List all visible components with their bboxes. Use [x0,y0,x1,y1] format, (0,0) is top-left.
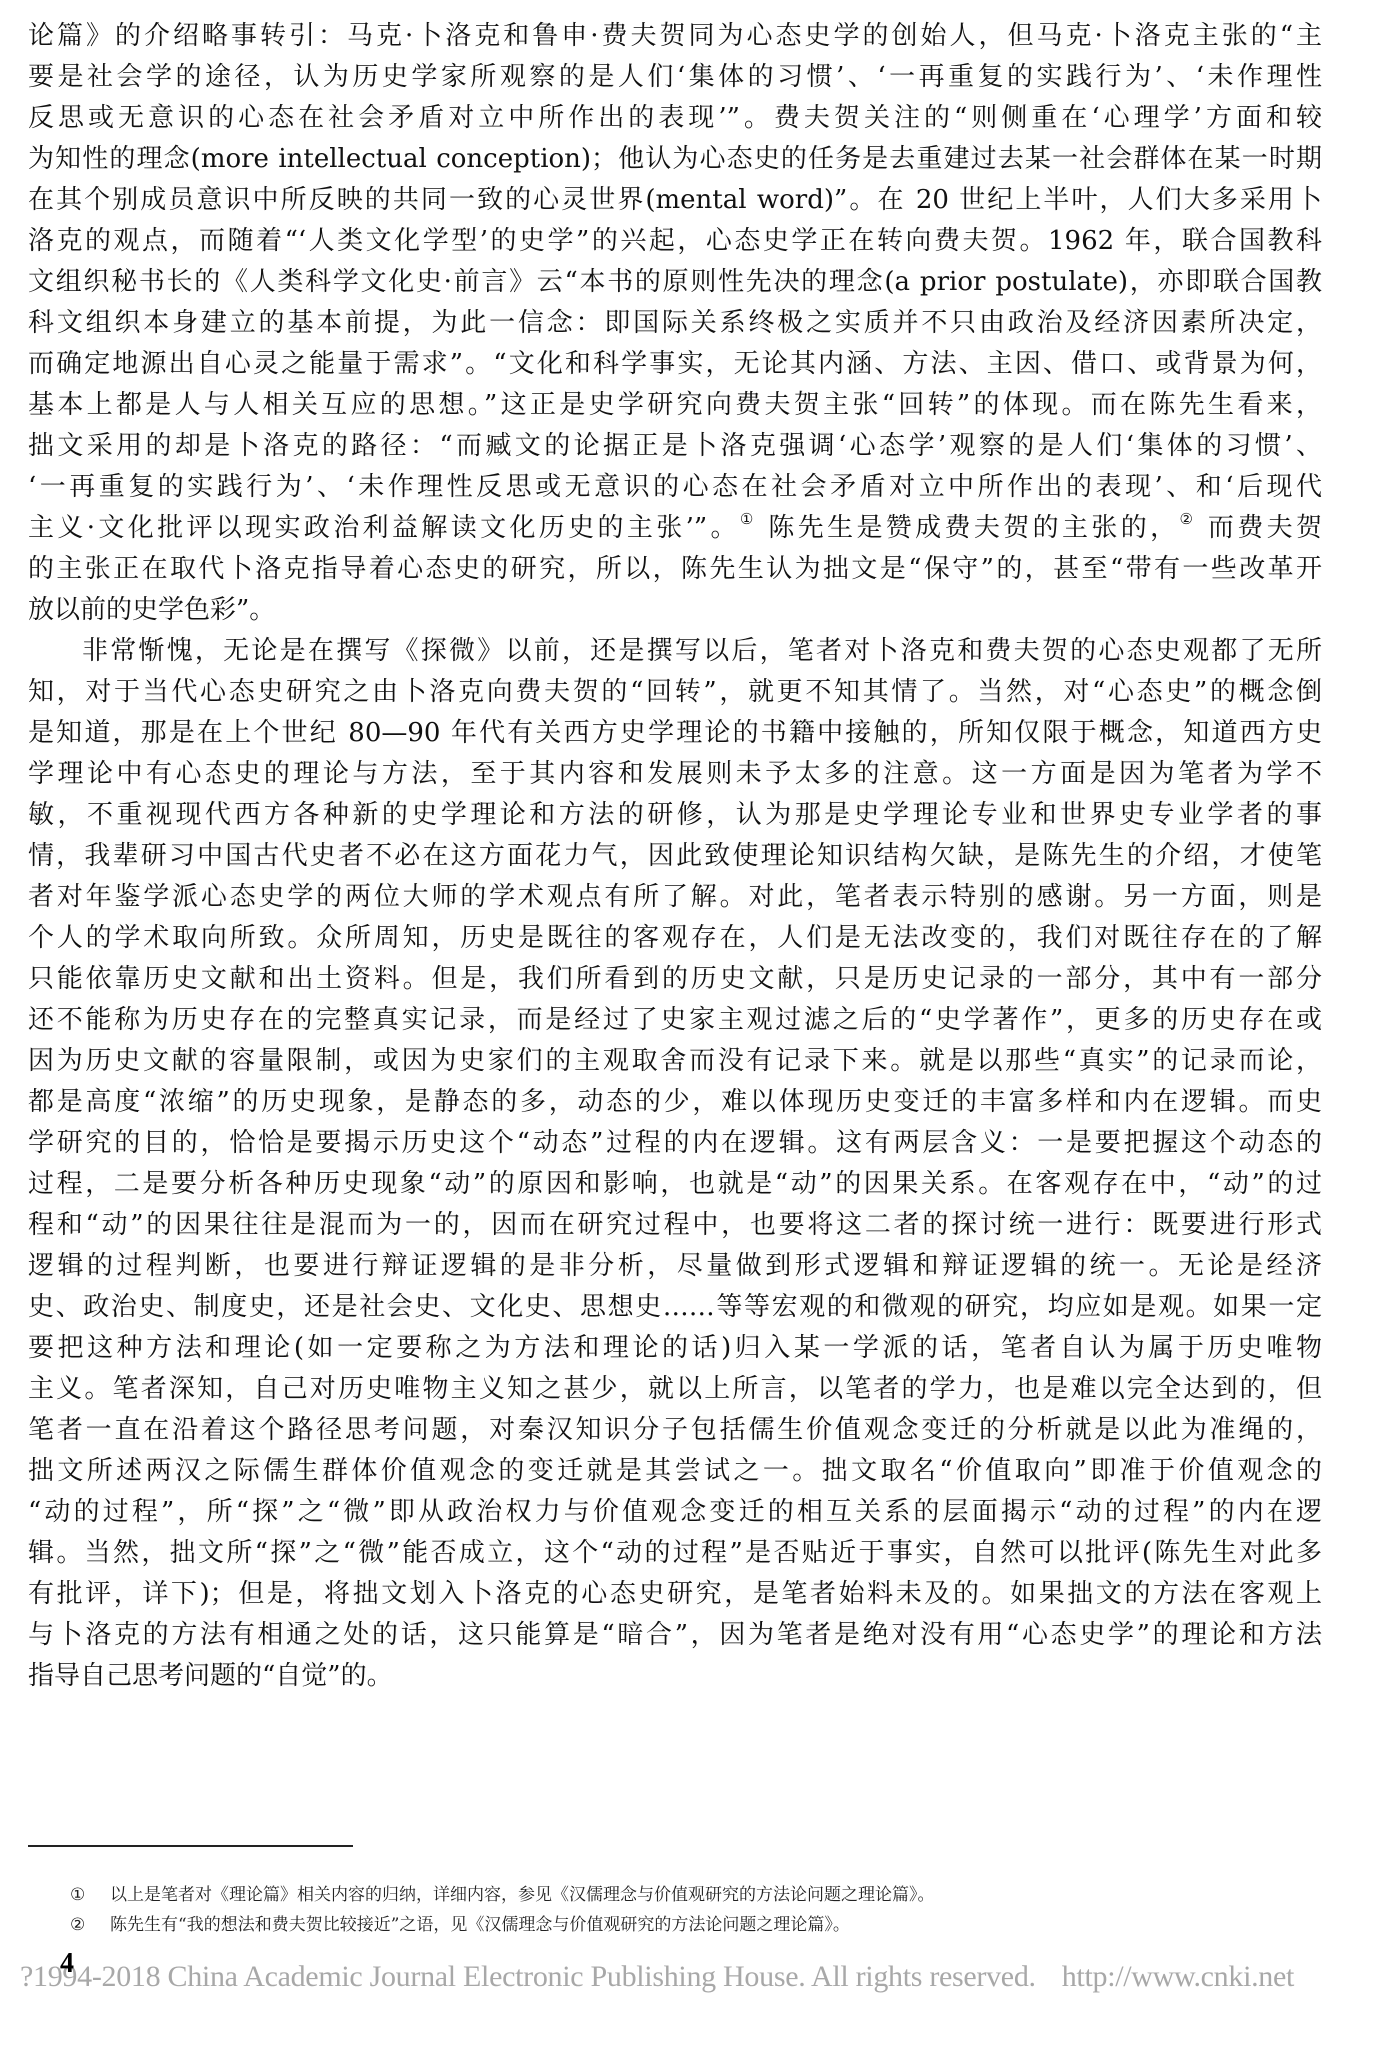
text-line: 敏，不重视现代西方各种新的史学理论和方法的研修，认为那是史学理论专业和世界史专业… [28,795,1322,836]
text-line: 学研究的目的，恰恰是要揭示历史这个“动态”过程的内在逻辑。这有两层含义：一是要把… [28,1123,1322,1164]
text-line: 要把这种方法和理论(如一定要称之为方法和理论的话)归入某一学派的话，笔者自认为属… [28,1328,1322,1369]
watermark-url[interactable]: http://www.cnki.net [1062,1960,1294,1993]
text-line: 在其个别成员意识中所反映的共同一致的心灵世界(mental word)”。在 2… [28,180,1322,221]
text-segment: 而费夫贺 [1208,513,1322,543]
text-line: 要是社会学的途径，认为历史学家所观察的是人们‘集体的习惯’、‘一再重复的实践行为… [28,57,1322,98]
text-line: 者对年鉴学派心态史学的两位大师的学术观点有所了解。对此，笔者表示特别的感谢。另一… [28,877,1322,918]
text-line: 只能依靠历史文献和出土资料。但是，我们所看到的历史文献，只是历史记录的一部分，其… [28,959,1322,1000]
text-line: 都是高度“浓缩”的历史现象，是静态的多，动态的少，难以体现历史变迁的丰富多样和内… [28,1082,1322,1123]
footnote-text: 陈先生有“我的想法和费夫贺比较接近”之语，见《汉儒理念与价值观研究的方法论问题之… [110,1915,850,1935]
text-line: 逻辑的过程判断，也要进行辩证逻辑的是非分析，尽量做到形式逻辑和辩证逻辑的统一。无… [28,1246,1322,1287]
text-line: 的主张正在取代卜洛克指导着心态史的研究，所以，陈先生认为拙文是“保守”的，甚至“… [28,549,1322,590]
text-line: 过程，二是要分析各种历史现象“动”的原因和影响，也就是“动”的因果关系。在客观存… [28,1164,1322,1205]
text-line: 与卜洛克的方法有相通之处的话，这只能算是“暗合”，因为笔者是绝对没有用“心态史学… [28,1615,1322,1656]
text-line: 因为历史文献的容量限制，或因为史家们的主观取舍而没有记录下来。就是以那些“真实”… [28,1041,1322,1082]
text-line: 为知性的理念(more intellectual conception)；他认为… [28,139,1322,180]
text-line: 反思或无意识的心态在社会矛盾对立中所作出的表现’”。费夫贺关注的“则侧重在‘心理… [28,98,1322,139]
text-line: 还不能称为历史存在的完整真实记录，而是经过了史家主观过滤之后的“史学著作”，更多… [28,1000,1322,1041]
text-line: 论篇》的介绍略事转引：马克·卜洛克和鲁申·费夫贺同为心态史学的创始人，但马克·卜… [28,16,1322,57]
text-line: 学理论中有心态史的理论与方法，至于其内容和发展则未予太多的注意。这一方面是因为笔… [28,754,1322,795]
text-line: 基本上都是人与人相关互应的思想。”这正是史学研究向费夫贺主张“回转”的体现。而在… [28,385,1322,426]
text-line: 辑。当然，拙文所“探”之“微”能否成立，这个“动的过程”是否贴近于事实，自然可以… [28,1533,1322,1574]
text-line: 是知道，那是在上个世纪 80—90 年代有关西方史学理论的书籍中接触的，所知仅限… [28,713,1322,754]
text-line: 洛克的观点，而随着“‘人类文化学型’的史学”的兴起，心态史学正在转向费夫贺。19… [28,221,1322,262]
text-line: 史、政治史、制度史，还是社会史、文化史、思想史……等等宏观的和微观的研究，均应如… [28,1287,1322,1328]
footnote-2: ②陈先生有“我的想法和费夫贺比较接近”之语，见《汉儒理念与价值观研究的方法论问题… [70,1910,1320,1940]
text-line: 指导自己思考问题的“自觉”的。 [28,1656,1322,1697]
footnote-text: 以上是笔者对《理论篇》相关内容的归纳，详细内容，参见《汉儒理念与价值观研究的方法… [110,1885,935,1905]
footnote-marker: ① [70,1880,110,1910]
copyright-watermark: ?1994-2018 China Academic Journal Electr… [20,1960,1377,1994]
text-line: ‘一再重复的实践行为’、‘未作理性反思或无意识的心态在社会矛盾对立中所作出的表现… [28,467,1322,508]
text-line: 程和“动”的因果往往是混而为一的，因而在研究过程中，也要将这二者的探讨统一进行：… [28,1205,1322,1246]
text-segment: 主义·文化批评以现实政治利益解读文化历史的主张’”。 [28,513,740,543]
text-line: 主义。笔者深知，自己对历史唯物主义知之甚少，就以上所言，以笔者的学力，也是难以完… [28,1369,1322,1410]
text-line: 情，我辈研习中国古代史者不必在这方面花力气，因此致使理论知识结构欠缺，是陈先生的… [28,836,1322,877]
text-line: “动的过程”，所“探”之“微”即从政治权力与价值观念变迁的相互关系的层面揭示“动… [28,1492,1322,1533]
page-number: 4 [60,1948,74,1980]
text-line: 知，对于当代心态史研究之由卜洛克向费夫贺的“回转”，就更不知其情了。当然，对“心… [28,672,1322,713]
text-line: 拙文采用的却是卜洛克的路径：“而臧文的论据正是卜洛克强调‘心态学’观察的是人们‘… [28,426,1322,467]
footnotes: ①以上是笔者对《理论篇》相关内容的归纳，详细内容，参见《汉儒理念与价值观研究的方… [70,1880,1320,1940]
text-line: 拙文所述两汉之际儒生群体价值观念的变迁就是其尝试之一。拙文取名“价值取向”即准于… [28,1451,1322,1492]
text-line: 放以前的史学色彩”。 [28,590,1322,631]
body-text: 论篇》的介绍略事转引：马克·卜洛克和鲁申·费夫贺同为心态史学的创始人，但马克·卜… [28,16,1322,1697]
document-page: 论篇》的介绍略事转引：马克·卜洛克和鲁申·费夫贺同为心态史学的创始人，但马克·卜… [0,0,1377,2047]
footnote-marker: ② [70,1910,110,1940]
footnote-ref-2[interactable]: ② [1179,510,1196,528]
text-line: 科文组织本身建立的基本前提，为此一信念：即国际关系终极之实质并不只由政治及经济因… [28,303,1322,344]
footnote-ref-1[interactable]: ① [740,510,757,528]
text-line: 有批评，详下)；但是，将拙文划入卜洛克的心态史研究，是笔者始料未及的。如果拙文的… [28,1574,1322,1615]
text-line: 而确定地源出自心灵之能量于需求”。“文化和科学事实，无论其内涵、方法、主因、借口… [28,344,1322,385]
text-line: 个人的学术取向所致。众所周知，历史是既往的客观存在，人们是无法改变的，我们对既往… [28,918,1322,959]
text-segment: 陈先生是赞成费夫贺的主张的， [768,513,1179,543]
text-line: 笔者一直在沿着这个路径思考问题，对秦汉知识分子包括儒生价值观念变迁的分析就是以此… [28,1410,1322,1451]
text-line: 文组织秘书长的《人类科学文化史·前言》云“本书的原则性先决的理念(a prior… [28,262,1322,303]
text-line-with-footnotes: 主义·文化批评以现实政治利益解读文化历史的主张’”。① 陈先生是赞成费夫贺的主张… [28,508,1322,549]
paragraph-start-line: 非常惭愧，无论是在撰写《探微》以前，还是撰写以后，笔者对卜洛克和费夫贺的心态史观… [28,631,1322,672]
copyright-text: ?1994-2018 China Academic Journal Electr… [20,1960,1036,1993]
footnote-divider [28,1845,353,1847]
footnote-1: ①以上是笔者对《理论篇》相关内容的归纳，详细内容，参见《汉儒理念与价值观研究的方… [70,1880,1320,1910]
